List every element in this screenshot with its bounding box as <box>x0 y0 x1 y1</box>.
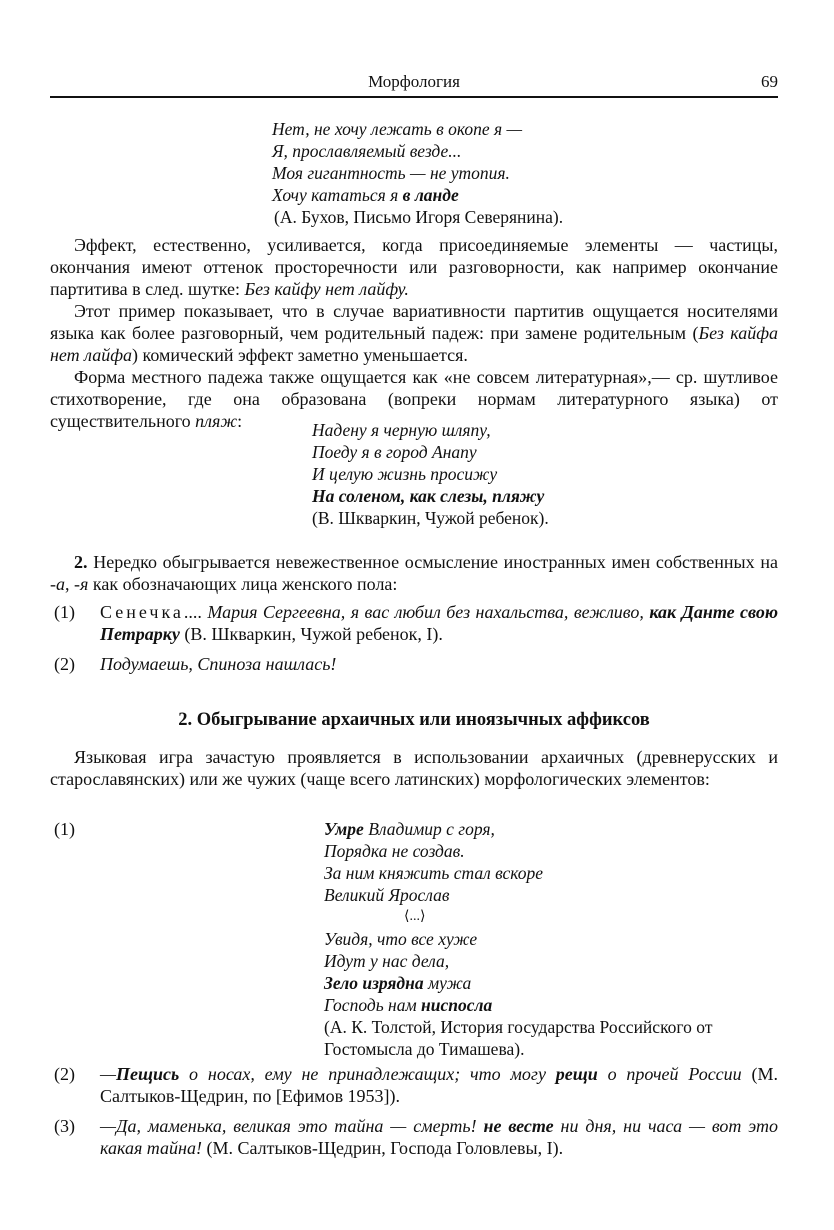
omission-mark: ⟨...⟩ <box>404 906 712 928</box>
verse-text: мужа <box>424 973 472 993</box>
paragraph-names: 2. Нередко обыгрывается невежественное о… <box>50 551 778 595</box>
highlighted-form: рещи <box>556 1064 598 1084</box>
item-marker: (1) <box>54 601 75 623</box>
verse-line: Моя гигантность — не утопия. <box>272 162 563 184</box>
example-phrase: Без кайфу нет лайфу. <box>245 279 409 299</box>
verse-line: Нет, не хочу лежать в окопе я — <box>272 118 563 140</box>
verse-line: Хочу кататься я в ланде <box>272 184 563 206</box>
verse-line: Я, прославляемый везде... <box>272 140 563 162</box>
suffix: -а <box>50 574 65 594</box>
highlighted-form: не весте <box>483 1116 553 1136</box>
header-rule <box>50 96 778 98</box>
speaker-name: Сенечка <box>100 602 184 622</box>
verse-shkvarkin: Надену я черную шляпу, Поеду я в город А… <box>312 419 549 529</box>
example-word: пляж <box>195 411 237 431</box>
item-marker: (2) <box>54 1063 75 1085</box>
verse-line: Умре Владимир с горя, <box>324 818 712 840</box>
item-marker: (1) <box>54 818 75 840</box>
dash: — <box>100 1064 116 1084</box>
page-number: 69 <box>761 72 778 92</box>
verse-bukhov: Нет, не хочу лежать в окопе я — Я, просл… <box>272 118 563 228</box>
quote-text: о прочей России <box>598 1064 742 1084</box>
highlighted-form: Умре <box>324 819 364 839</box>
body-text: Эффект, естественно, усиливается, когда … <box>50 235 778 299</box>
highlighted-form: ниспосла <box>421 995 492 1015</box>
verse-line: Поеду я в город Анапу <box>312 441 549 463</box>
paragraph-text: Этот пример показывает, что в случае вар… <box>50 300 778 366</box>
example-item: (2) Подумаешь, Спиноза нашлась! <box>54 653 778 675</box>
separator: , <box>65 574 74 594</box>
verse-line: Надену я черную шляпу, <box>312 419 549 441</box>
paragraph-archaic: Языковая игра зачастую проявляется в исп… <box>50 746 778 790</box>
body-text: как обозначающих лица женского пола: <box>88 574 397 594</box>
item-body: Подумаешь, Спиноза нашлась! <box>100 653 778 675</box>
highlighted-verse-line: На соленом, как слезы, пляжу <box>312 485 549 507</box>
quote-text: Мария Сергеевна, я вас любил без нахальс… <box>202 602 649 622</box>
verse-line: Идут у нас дела, <box>324 950 712 972</box>
running-head: Морфология 69 <box>50 72 778 96</box>
highlighted-form: Пещись <box>116 1064 179 1084</box>
item-body: —Да, маменька, великая это тайна — смерт… <box>100 1115 778 1159</box>
section-heading: 2. Обыгрывание архаичных или иноязычных … <box>50 710 778 731</box>
verse-source: Гостомысла до Тимашева). <box>324 1038 712 1060</box>
verse-text: Хочу кататься я <box>272 185 403 205</box>
quote-text: о носах, ему не принадлежащих; что могу <box>179 1064 556 1084</box>
verse-source: (В. Шкваркин, Чужой ребенок). <box>312 507 549 529</box>
point-number: 2. <box>74 552 88 572</box>
item-body: Сенечка.... Мария Сергеевна, я вас любил… <box>100 601 778 645</box>
quote-source: (М. Салтыков-Щедрин, Господа Головлевы, … <box>202 1138 563 1158</box>
verse-line: И целую жизнь просижу <box>312 463 549 485</box>
verse-line: Зело изрядна мужа <box>324 972 712 994</box>
body-text: : <box>237 411 242 431</box>
example-item: (2) —Пещись о носах, ему не принадлежащи… <box>54 1063 778 1107</box>
verse-line: Великий Ярослав <box>324 884 712 906</box>
verse-source: (А. Бухов, Письмо Игоря Северянина). <box>274 206 563 228</box>
ellipsis: .... <box>184 602 202 622</box>
highlighted-form: Зело изрядна <box>324 973 424 993</box>
paragraph-text: Эффект, естественно, усиливается, когда … <box>50 234 778 300</box>
verse-line: За ним княжить стал вскоре <box>324 862 712 884</box>
example-item: (1) Сенечка.... Мария Сергеевна, я вас л… <box>54 601 778 645</box>
verse-tolstoy: Умре Владимир с горя, Порядка не создав.… <box>324 818 712 1060</box>
verse-line: Увидя, что все хуже <box>324 928 712 950</box>
verse-text: Владимир с горя, <box>364 819 495 839</box>
item-marker: (3) <box>54 1115 75 1137</box>
paragraph-effect: Эффект, естественно, усиливается, когда … <box>50 234 778 432</box>
verse-source: (А. К. Толстой, История государства Росс… <box>324 1016 712 1038</box>
running-title: Морфология <box>50 72 778 92</box>
quote-source: (В. Шкваркин, Чужой ребенок, I). <box>180 624 443 644</box>
suffix: -я <box>74 574 88 594</box>
example-item: (3) —Да, маменька, великая это тайна — с… <box>54 1115 778 1159</box>
verse-line: Порядка не создав. <box>324 840 712 862</box>
verse-line: Господь нам ниспосла <box>324 994 712 1016</box>
item-marker: (2) <box>54 653 75 675</box>
body-text: Этот пример показывает, что в случае вар… <box>50 301 778 343</box>
verse-text: Господь нам <box>324 995 421 1015</box>
body-text: Нередко обыгрывается невежественное осмы… <box>88 552 779 572</box>
item-body: —Пещись о носах, ему не принадлежащих; ч… <box>100 1063 778 1107</box>
quote-text: —Да, маменька, великая это тайна — смерт… <box>100 1116 483 1136</box>
highlighted-form: в ланде <box>403 185 459 205</box>
paragraph-text: Языковая игра зачастую проявляется в исп… <box>50 746 778 790</box>
body-text: ) комический эффект заметно уменьшается. <box>132 345 468 365</box>
paragraph-text: 2. Нередко обыгрывается невежественное о… <box>50 551 778 595</box>
